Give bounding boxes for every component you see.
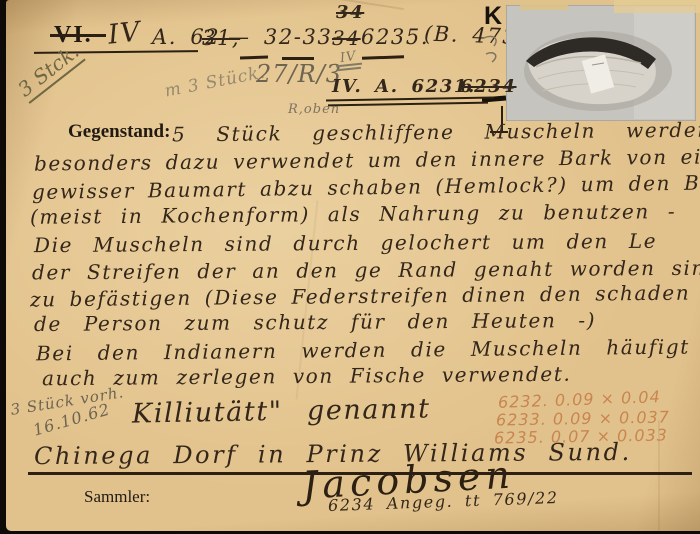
correction-underline-1 bbox=[326, 97, 494, 102]
ref-27r3: 27/R/3 bbox=[256, 60, 342, 88]
native-name-line: Killiutätt" genannt bbox=[132, 393, 431, 429]
specimen-photo bbox=[506, 5, 696, 125]
gegenstand-label: Gegenstand: bbox=[68, 121, 170, 143]
body-line-6: der Streifen der an den ge Rand genaht w… bbox=[32, 256, 700, 285]
scanned-card: VI. IV A. 62 31, — 32-33- 34 34 6235. (B… bbox=[0, 0, 700, 534]
tape-strip bbox=[520, 0, 568, 10]
body-line-5: Die Muscheln sind durch gelochert um den… bbox=[34, 229, 657, 257]
inventory-struck-34-above: 34 bbox=[336, 2, 364, 23]
correction-underline-2 bbox=[328, 102, 488, 106]
body-line-8: de Person zum schutz für den Heuten -) bbox=[34, 308, 596, 336]
emphasis-dash-6235 bbox=[362, 55, 404, 59]
series-number-handwritten: IV bbox=[106, 16, 142, 50]
count-note-top-text: 3 Stck. bbox=[13, 39, 83, 101]
inventory-mid-numbers: — 32-33- bbox=[228, 25, 341, 49]
count-note-faint: m 3 Stück. bbox=[163, 62, 267, 101]
correction-struck-number: 6234 bbox=[460, 76, 517, 97]
card-paper: VI. IV A. 62 31, — 32-33- 34 34 6235. (B… bbox=[6, 0, 700, 531]
inventory-last-number: 6235. bbox=[361, 25, 429, 49]
emphasis-dash-32 bbox=[240, 56, 268, 60]
body-line-4: (meist in Kochenform) als Nahrung zu ben… bbox=[30, 199, 676, 229]
sammler-label: Sammler: bbox=[84, 487, 150, 507]
body-line-2: besonders dazu verwendet um den innere B… bbox=[34, 144, 700, 175]
body-line-1: 5 Stück geschliffene Muscheln werden bbox=[172, 118, 700, 147]
body-line-7: zu befästigen (Diese Federstreifen dinen… bbox=[30, 281, 690, 312]
body-line-9: Bei den Indianern werden die Muscheln hä… bbox=[36, 335, 690, 366]
count-note-top: 3 Stck. bbox=[13, 39, 85, 104]
correction-number: IV. A. 6231. bbox=[332, 76, 476, 97]
k-stamp: K bbox=[484, 2, 502, 31]
tape-strip bbox=[614, 0, 700, 13]
series-strike-line bbox=[50, 34, 106, 37]
r-oben-note: R,oben bbox=[288, 102, 340, 117]
inventory-struck-34: 34 bbox=[332, 26, 361, 50]
